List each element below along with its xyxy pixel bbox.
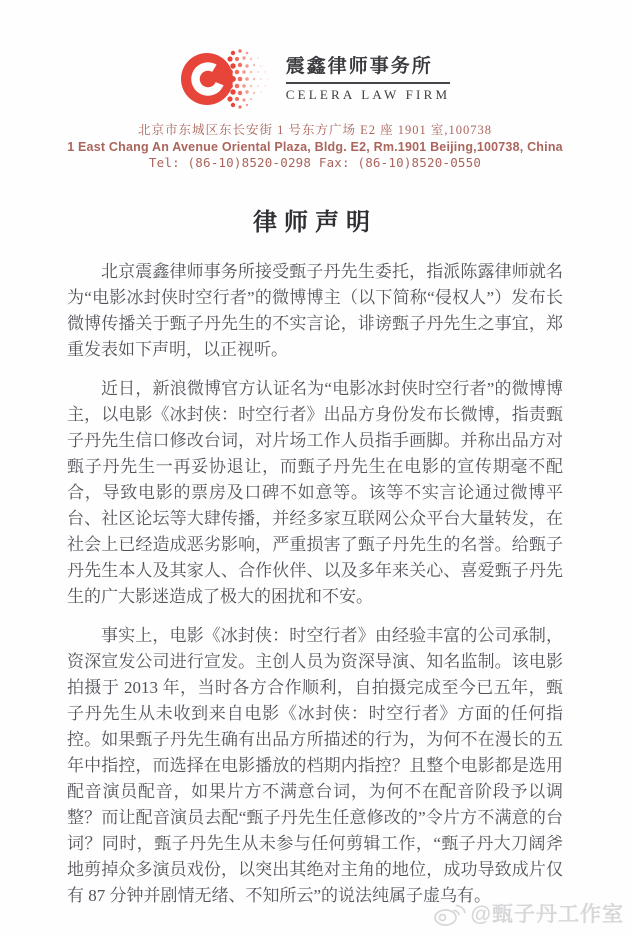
address-english: 1 East Chang An Avenue Oriental Plaza, B… bbox=[0, 139, 630, 156]
statement-paragraph-2: 近日，新浪微博官方认证名为“电影冰封侠时空行者”的微博博主，以电影《冰封侠：时空… bbox=[67, 376, 563, 610]
logo-divider bbox=[286, 82, 450, 84]
firm-name-chinese: 震鑫律师事务所 bbox=[286, 55, 450, 79]
address-chinese: 北京市东城区东长安街 1 号东方广场 E2 座 1901 室,100738 bbox=[0, 122, 630, 139]
document-title: 律师声明 bbox=[0, 202, 630, 237]
letterhead: 震鑫律师事务所 CELERA LAW FIRM 北京市东城区东长安街 1 号东方… bbox=[0, 0, 630, 172]
firm-name-block: 震鑫律师事务所 CELERA LAW FIRM bbox=[286, 55, 450, 103]
firm-logo: 震鑫律师事务所 CELERA LAW FIRM bbox=[0, 46, 630, 112]
firm-address-block: 北京市东城区东长安街 1 号东方广场 E2 座 1901 室,100738 1 … bbox=[0, 122, 630, 172]
statement-body: 北京震鑫律师事务所接受甄子丹先生委托，指派陈露律师就名为“电影冰封侠时空行者”的… bbox=[67, 259, 563, 909]
phone-fax-line: Tel: (86-10)8520-0298 Fax: (86-10)8520-0… bbox=[0, 155, 630, 172]
statement-paragraph-1: 北京震鑫律师事务所接受甄子丹先生委托，指派陈露律师就名为“电影冰封侠时空行者”的… bbox=[67, 259, 563, 363]
statement-paragraph-3: 事实上，电影《冰封侠：时空行者》由经验丰富的公司承制，资深宣发公司进行宣发。主创… bbox=[67, 623, 563, 909]
weibo-watermark: @甄子丹工作室 bbox=[433, 898, 624, 928]
weibo-icon bbox=[433, 899, 467, 927]
watermark-text: @甄子丹工作室 bbox=[471, 898, 624, 928]
firm-name-english: CELERA LAW FIRM bbox=[286, 87, 450, 103]
legal-statement-page: 震鑫律师事务所 CELERA LAW FIRM 北京市东城区东长安街 1 号东方… bbox=[0, 0, 630, 934]
celera-c-logo-icon bbox=[180, 46, 276, 112]
